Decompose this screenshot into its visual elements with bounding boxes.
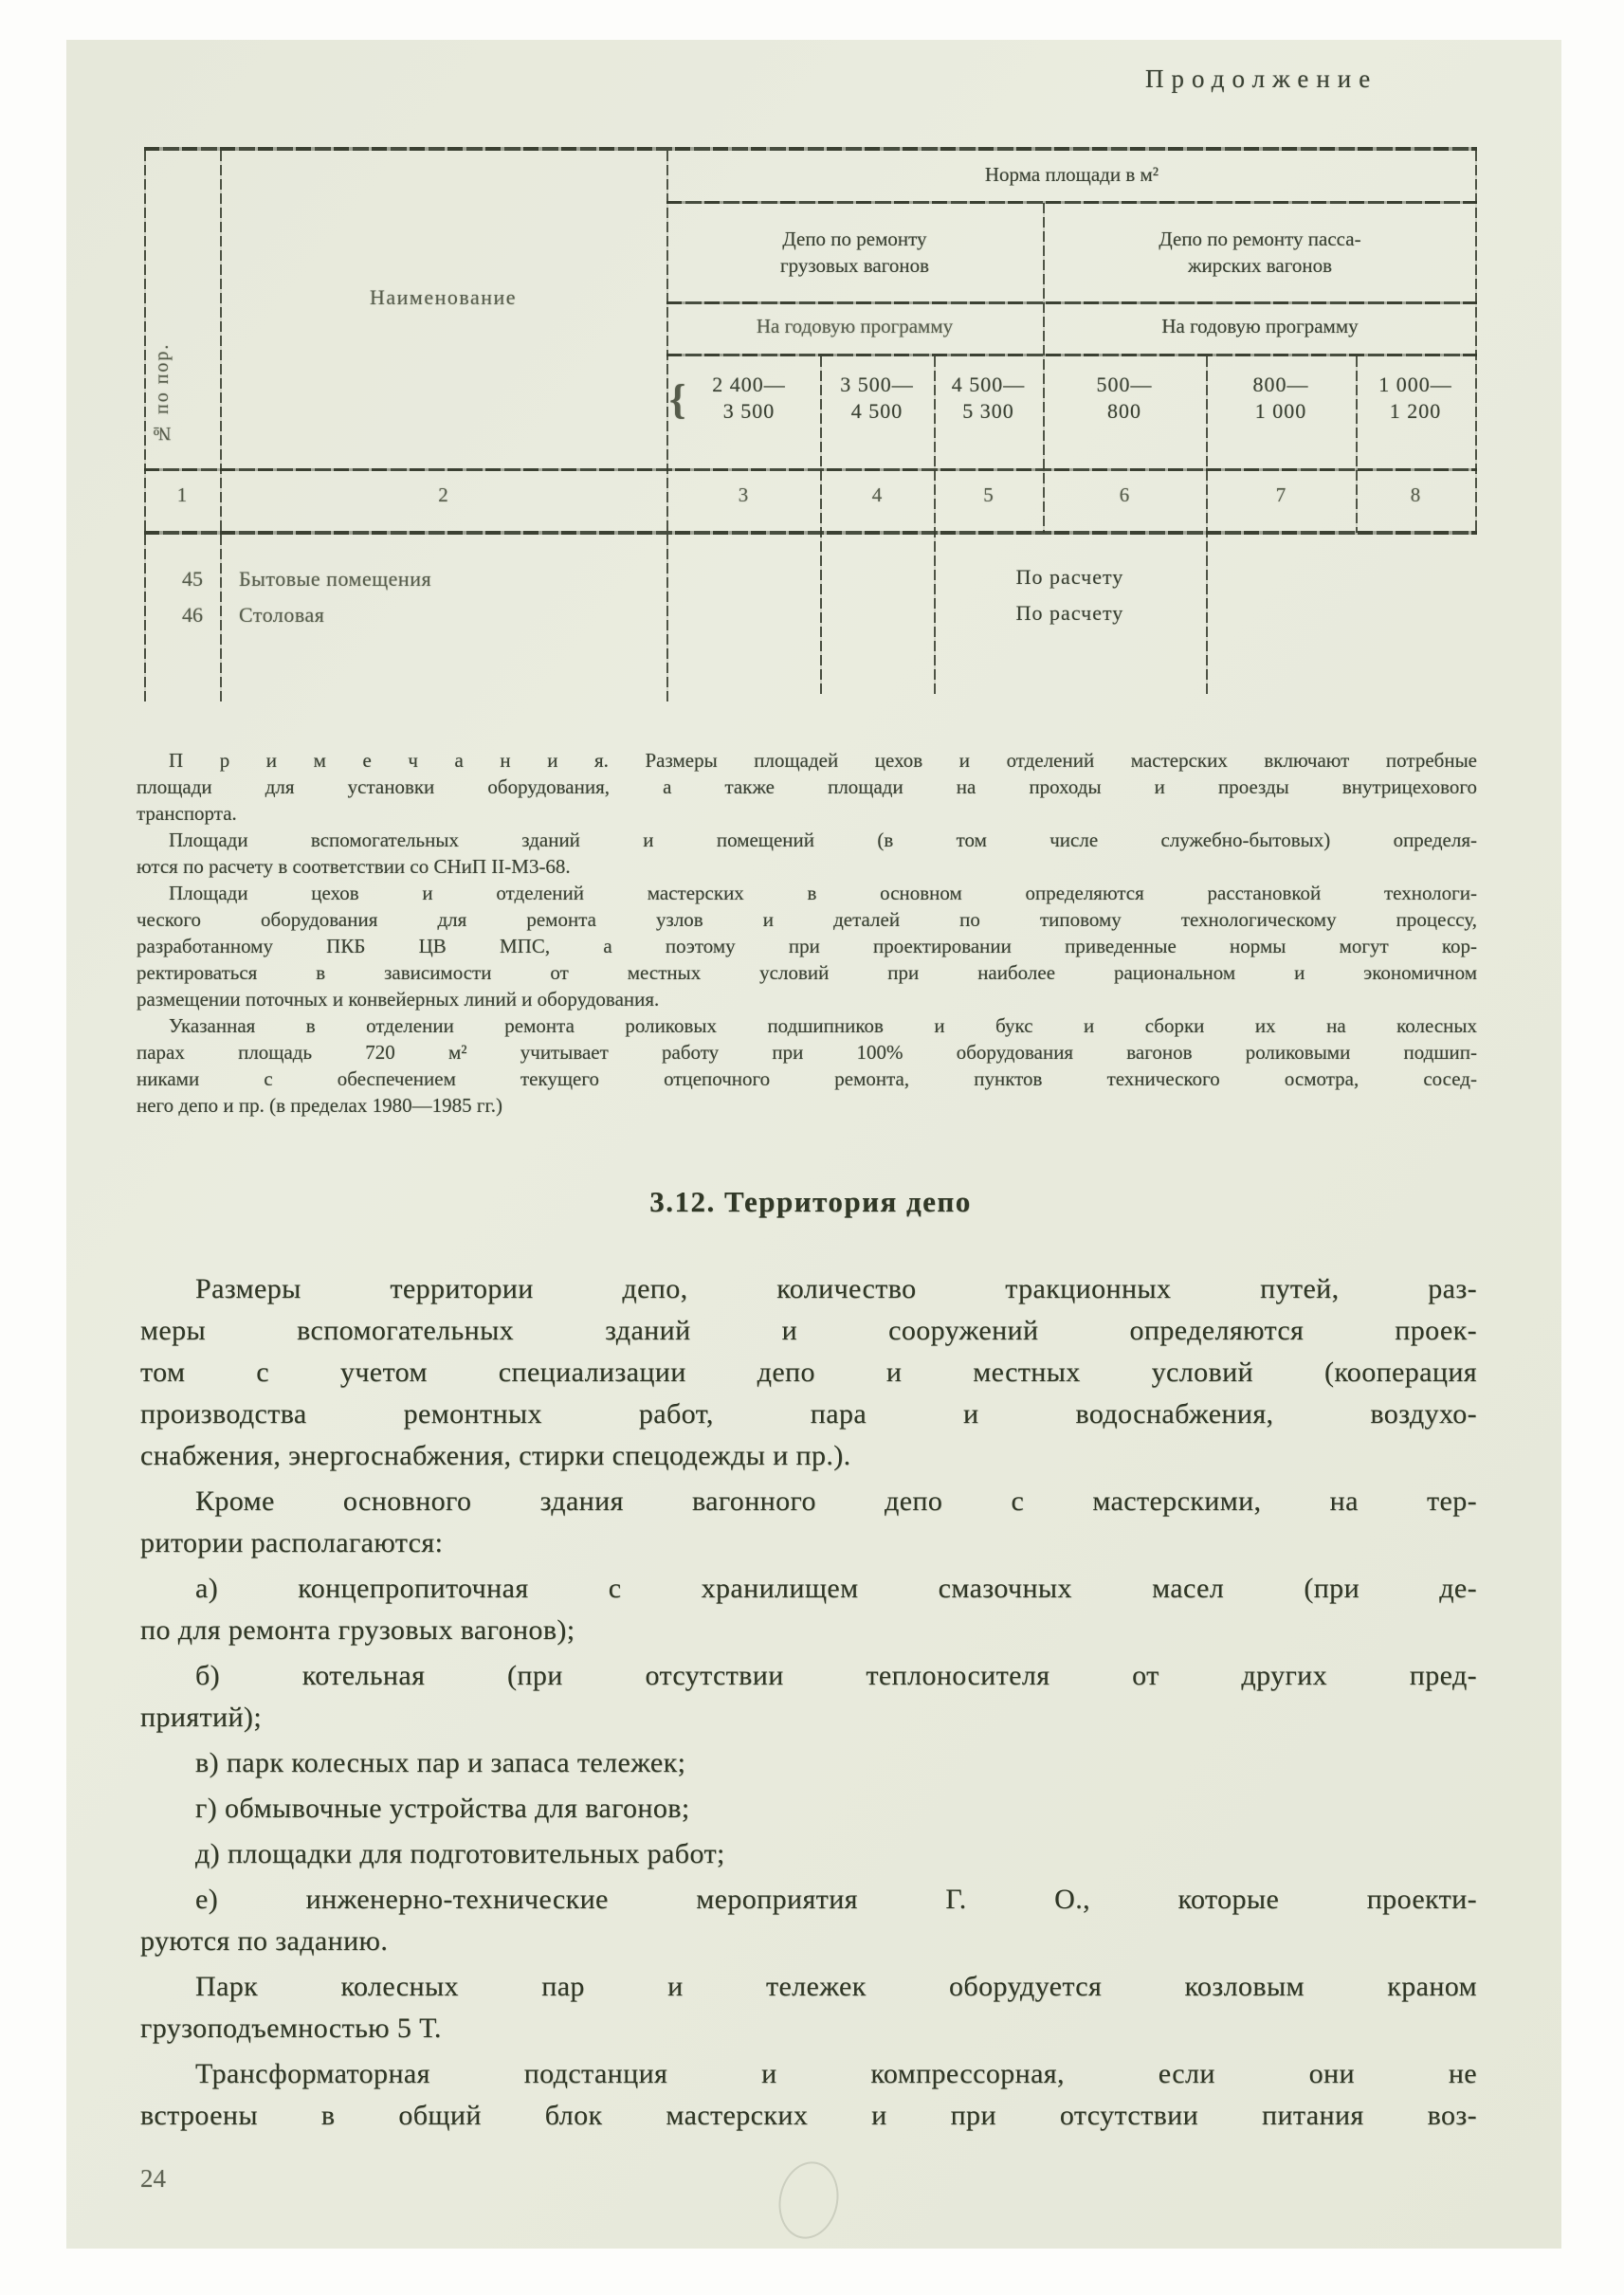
text-line: а) концепропиточная с хранилищем смазочн…	[140, 1568, 1477, 1610]
row-value: По расчету	[934, 565, 1206, 590]
continuation-label: Продолжение	[1145, 64, 1378, 94]
text-line: никами с обеспечением текущего отцепочно…	[137, 1066, 1477, 1092]
column-number-8: 8	[1356, 483, 1475, 507]
text-line: в) парк колесных пар и запаса тележек;	[140, 1742, 1477, 1784]
section-heading: 3.12. Территория депо	[144, 1185, 1477, 1219]
range-cell-passenger-1: 500— 800	[1043, 372, 1206, 425]
text-line: ются по расчету в соответствии со СНиП I…	[137, 853, 1477, 880]
table-vline-numcol	[220, 151, 222, 701]
body-paragraph: д) площадки для подготовительных работ;	[140, 1833, 1477, 1875]
column-number-1: 1	[144, 483, 220, 507]
range-cell-passenger-3: 1 000— 1 200	[1356, 372, 1475, 425]
text-line: него депо и пр. (в пределах 1980—1985 гг…	[137, 1092, 1477, 1119]
column-number-6: 6	[1043, 483, 1206, 507]
text-line: разработанному ПКБ ЦВ МПС, а поэтому при…	[137, 933, 1477, 959]
row-number: 46	[144, 603, 203, 628]
text-line: ческого оборудования для ремонта узлов и…	[137, 906, 1477, 933]
text-line: грузоподъемностью 5 Т.	[140, 2008, 1477, 2049]
text-line: производства ремонтных работ, пара и вод…	[140, 1393, 1477, 1435]
row-name: Бытовые помещения	[239, 567, 431, 592]
column-number-5: 5	[934, 483, 1043, 507]
range-cell-freight-1: 2 400— 3 500	[678, 372, 820, 425]
column-number-2: 2	[220, 483, 666, 507]
body-paragraph: е) инженерно-технические мероприятия Г. …	[140, 1879, 1477, 1962]
text-line: Площади цехов и отделений мастерских в о…	[137, 880, 1477, 906]
num-column-header: № по пор.	[152, 275, 195, 512]
text-line: Парк колесных пар и тележек оборудуется …	[140, 1966, 1477, 2008]
text-line: встроены в общий блок мастерских и при о…	[140, 2095, 1477, 2137]
page-number: 24	[140, 2164, 166, 2194]
note-paragraph: Указанная в отделении ремонта роликовых …	[137, 1012, 1477, 1119]
passenger-depot-header: Депо по ремонту пасса- жирских вагонов	[1043, 226, 1477, 279]
text-line: руются по заданию.	[140, 1921, 1477, 1962]
text-line: площади для установки оборудования, а та…	[137, 774, 1477, 800]
note-paragraph: П р и м е ч а н и я. Размеры площадей це…	[137, 747, 1477, 827]
text-line: г) обмывочные устройства для вагонов;	[140, 1788, 1477, 1830]
text-line: по для ремонта грузовых вагонов);	[140, 1610, 1477, 1651]
freight-depot-header: Депо по ремонту грузовых вагонов	[666, 226, 1043, 279]
body-paragraph: б) котельная (при отсутствии теплоносите…	[140, 1655, 1477, 1739]
name-column-header: Наименование	[220, 284, 666, 311]
body-paragraph: а) концепропиточная с хранилищем смазочн…	[140, 1568, 1477, 1651]
note-paragraph: Площади вспомогательных зданий и помещен…	[137, 827, 1477, 880]
freight-program-header: На годовую программу	[666, 313, 1043, 339]
column-number-3: 3	[666, 483, 820, 507]
column-number-4: 4	[820, 483, 934, 507]
text-line: том с учетом специализации депо и местны…	[140, 1352, 1477, 1393]
table-rule-under-groups	[666, 301, 1477, 304]
table-rule-under-colnums	[144, 531, 1477, 535]
text-line: П р и м е ч а н и я. Размеры площадей це…	[137, 747, 1477, 774]
body-paragraph: Кроме основного здания вагонного депо с …	[140, 1481, 1477, 1564]
column-number-7: 7	[1206, 483, 1356, 507]
text-line: парах площадь 720 м² учитывает работу пр…	[137, 1039, 1477, 1066]
row-number: 45	[144, 567, 203, 592]
range-cell-freight-3: 4 500— 5 300	[934, 372, 1043, 425]
table-vline-right	[1475, 151, 1477, 533]
note-paragraph: Площади цехов и отделений мастерских в о…	[137, 880, 1477, 1012]
body-paragraph: Трансформаторная подстанция и компрессор…	[140, 2053, 1477, 2137]
range-cell-passenger-2: 800— 1 000	[1206, 372, 1356, 425]
scanned-document-page: Продолжение № по пор. Наименование Норма…	[0, 0, 1624, 2295]
text-line: Трансформаторная подстанция и компрессор…	[140, 2053, 1477, 2095]
text-line: размещении поточных и конвейерных линий …	[137, 986, 1477, 1012]
body-paragraph: в) парк колесных пар и запаса тележек;	[140, 1742, 1477, 1784]
table-rule-under-ranges	[144, 468, 1477, 471]
text-line: меры вспомогательных зданий и сооружений…	[140, 1310, 1477, 1352]
text-line: Размеры территории депо, количество трак…	[140, 1268, 1477, 1310]
table-rule-top	[144, 147, 1477, 151]
text-line: приятий);	[140, 1697, 1477, 1739]
passenger-program-header: На годовую программу	[1043, 313, 1477, 339]
text-line: Кроме основного здания вагонного депо с …	[140, 1481, 1477, 1522]
text-line: е) инженерно-технические мероприятия Г. …	[140, 1879, 1477, 1921]
text-line: д) площадки для подготовительных работ;	[140, 1833, 1477, 1875]
body-paragraph: г) обмывочные устройства для вагонов;	[140, 1788, 1477, 1830]
text-line: ритории располагаются:	[140, 1522, 1477, 1564]
row-name: Столовая	[239, 603, 324, 628]
text-line: ректироваться в зависимости от местных у…	[137, 959, 1477, 986]
table-rule-under-norm	[666, 201, 1477, 204]
range-cell-freight-2: 3 500— 4 500	[820, 372, 934, 425]
text-line: Указанная в отделении ремонта роликовых …	[137, 1012, 1477, 1039]
body-paragraph: Размеры территории депо, количество трак…	[140, 1268, 1477, 1477]
row-value: По расчету	[934, 601, 1206, 626]
text-line: б) котельная (при отсутствии теплоносите…	[140, 1655, 1477, 1697]
text-line: транспорта.	[137, 800, 1477, 827]
norm-area-header: Норма площади в м²	[666, 161, 1477, 188]
text-line: снабжения, энергоснабжения, стирки спецо…	[140, 1435, 1477, 1477]
section-body: Размеры территории депо, количество трак…	[140, 1268, 1477, 2137]
body-paragraph: Парк колесных пар и тележек оборудуется …	[140, 1966, 1477, 2049]
notes-block: П р и м е ч а н и я. Размеры площадей це…	[137, 747, 1477, 1119]
text-line: Площади вспомогательных зданий и помещен…	[137, 827, 1477, 853]
